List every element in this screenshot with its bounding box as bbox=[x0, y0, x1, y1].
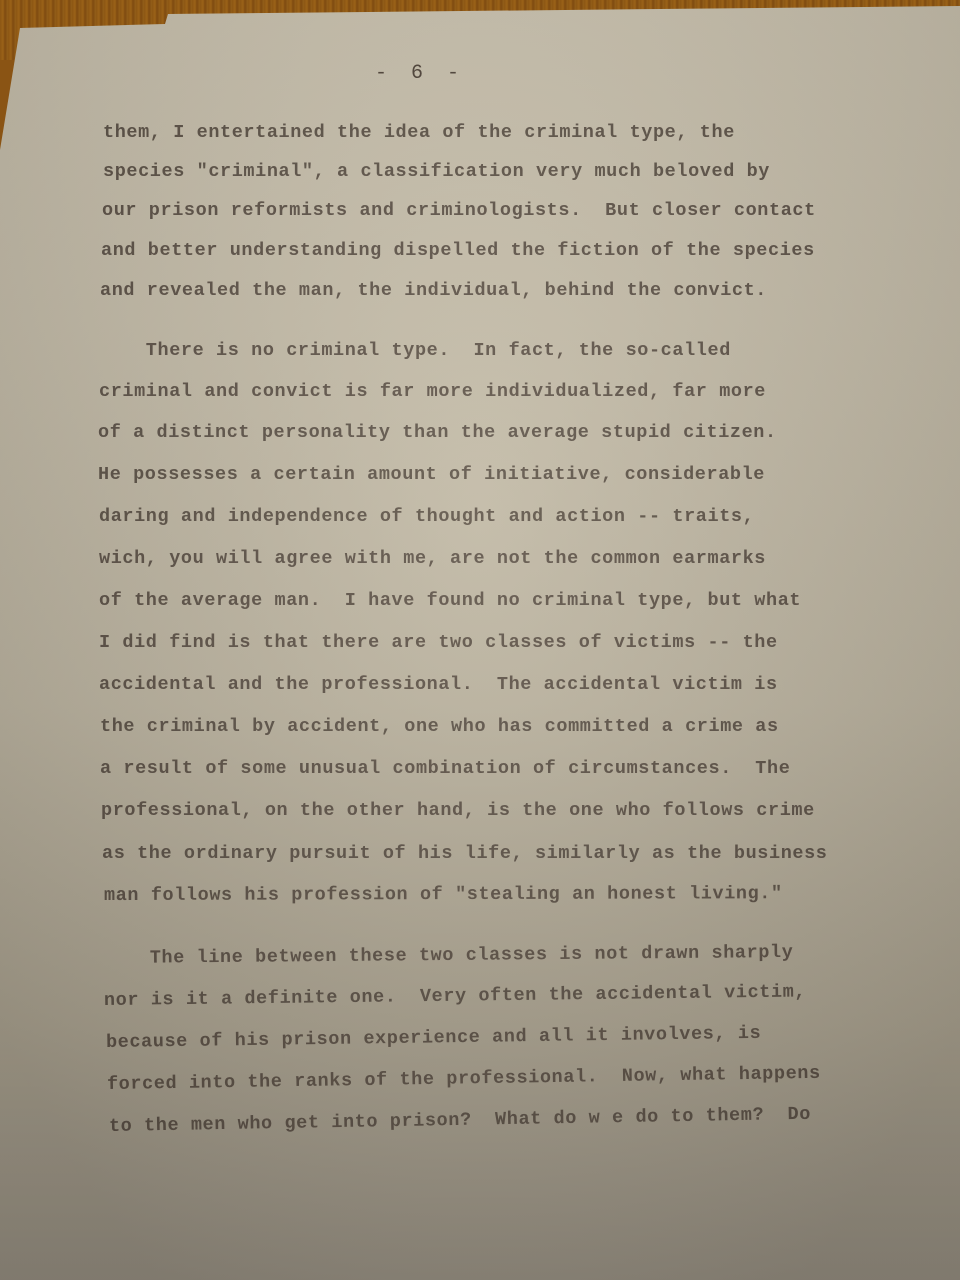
typewritten-page: - 6 - them, I entertained the idea of th… bbox=[0, 0, 960, 1280]
text-line: The line between these two classes is no… bbox=[103, 942, 794, 969]
text-line: criminal and convict is far more individ… bbox=[99, 381, 766, 402]
text-line: daring and independence of thought and a… bbox=[99, 506, 754, 527]
text-line: accidental and the professional. The acc… bbox=[99, 674, 778, 695]
text-line: our prison reformists and criminologists… bbox=[102, 200, 816, 221]
text-line: them, I entertained the idea of the crim… bbox=[103, 122, 735, 143]
text-line: professional, on the other hand, is the … bbox=[101, 800, 815, 821]
text-line: the criminal by accident, one who has co… bbox=[100, 716, 779, 737]
text-line: I did find is that there are two classes… bbox=[99, 632, 778, 653]
text-line: forced into the ranks of the professiona… bbox=[107, 1063, 821, 1095]
text-line: of a distinct personality than the avera… bbox=[98, 422, 777, 443]
text-line: There is no criminal type. In fact, the … bbox=[99, 340, 731, 361]
text-line: to the men who get into prison? What do … bbox=[109, 1104, 811, 1137]
text-line: and better understanding dispelled the f… bbox=[101, 240, 815, 261]
text-line: and revealed the man, the individual, be… bbox=[100, 280, 767, 301]
text-line: wich, you will agree with me, are not th… bbox=[99, 548, 766, 569]
text-line: man follows his profession of "stealing … bbox=[104, 883, 783, 906]
text-line: of the average man. I have found no crim… bbox=[99, 590, 801, 611]
page-number: - 6 - bbox=[0, 62, 840, 85]
text-line: because of his prison experience and all… bbox=[106, 1023, 762, 1053]
text-line: nor is it a definite one. Very often the… bbox=[104, 981, 806, 1011]
text-line: species "criminal", a classification ver… bbox=[103, 161, 770, 182]
text-line: He possesses a certain amount of initiat… bbox=[98, 464, 765, 485]
text-line: as the ordinary pursuit of his life, sim… bbox=[102, 843, 828, 864]
text-line: a result of some unusual combination of … bbox=[100, 758, 790, 779]
